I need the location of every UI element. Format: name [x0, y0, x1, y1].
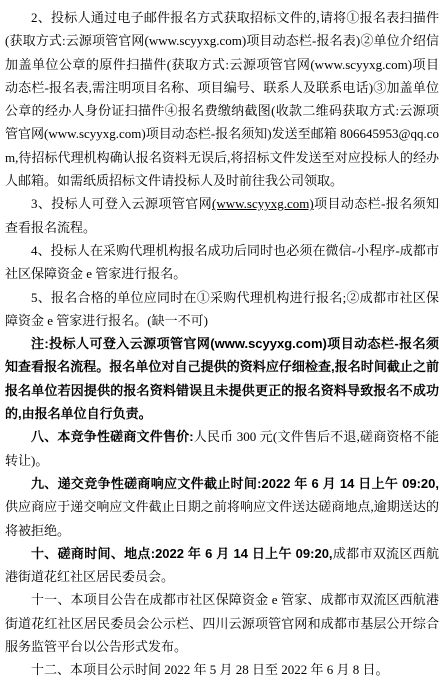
text-run: 3、投标人可登入云源项管官网 [31, 196, 212, 211]
paragraph-item-4-wechat-miniprogram: 4、投标人在采购代理机构报名成功后同时也必须在微信-小程序-成都市社区保障资金 … [5, 239, 439, 286]
deadline-datetime: 2022 年 6 月 14 日上午 09:20, [262, 476, 439, 491]
deadline-label: 九、递交竞争性磋商响应文件截止时间: [31, 476, 262, 491]
website-link[interactable]: (www.scyyxg.com) [212, 196, 314, 211]
price-label: 八、本竞争性磋商文件售价: [31, 429, 194, 444]
text-run: 2、投标人通过电子邮件报名方式获取招标文件的,请将①报名表扫描件(获取方式:云源… [5, 10, 439, 188]
paragraph-item-5-dual-registration: 5、报名合格的单位应同时在①采购代理机构进行报名;②成都市社区保障资金 e 管家… [5, 286, 439, 333]
text-run: 4、投标人在采购代理机构报名成功后同时也必须在微信-小程序-成都市社区保障资金 … [5, 243, 439, 281]
negotiation-datetime: 2022 年 6 月 14 日上午 09:20, [155, 546, 332, 561]
paragraph-item-2-email-registration: 2、投标人通过电子邮件报名方式获取招标文件的,请将①报名表扫描件(获取方式:云源… [5, 6, 439, 192]
text-run: 十一、本项目公告在成都市社区保障资金 e 管家、成都市双流区西航港街道花红社区居… [5, 592, 439, 654]
negotiation-label: 十、磋商时间、地点: [31, 546, 155, 561]
paragraph-note-registration-responsibility: 注:投标人可登入云源项管官网(www.scyyxg.com)项目动态栏-报名须知… [5, 332, 439, 425]
paragraph-item-11-announcement-platforms: 十一、本项目公告在成都市社区保障资金 e 管家、成都市双流区西航港街道花红社区居… [5, 588, 439, 658]
text-run: 5、报名合格的单位应同时在①采购代理机构进行报名;②成都市社区保障资金 e 管家… [5, 290, 439, 328]
paragraph-item-9-submission-deadline: 九、递交竞争性磋商响应文件截止时间:2022 年 6 月 14 日上午 09:2… [5, 472, 439, 542]
paragraph-item-8-document-price: 八、本竞争性磋商文件售价:人民币 300 元(文件售后不退,磋商资格不能转让)。 [5, 425, 439, 472]
tender-announcement-document: 2、投标人通过电子邮件报名方式获取招标文件的,请将①报名表扫描件(获取方式:云源… [0, 0, 445, 693]
paragraph-item-12-publicity-period: 十二、本项目公示时间 2022 年 5 月 28 日至 2022 年 6 月 8… [5, 658, 439, 681]
paragraph-item-10-negotiation-time-place: 十、磋商时间、地点:2022 年 6 月 14 日上午 09:20,成都市双流区… [5, 542, 439, 589]
paragraph-item-3-signup-guide: 3、投标人可登入云源项管官网(www.scyyxg.com)项目动态栏-报名须知… [5, 192, 439, 239]
text-run: 供应商应于递交响应文件截止日期之前将响应文件送达磋商地点,逾期送达的将被拒绝。 [5, 499, 439, 537]
note-text-run: 注:投标人可登入云源项管官网(www.scyyxg.com)项目动态栏-报名须知… [5, 336, 439, 421]
text-run: 十二、本项目公示时间 2022 年 5 月 28 日至 2022 年 6 月 8… [31, 662, 389, 677]
